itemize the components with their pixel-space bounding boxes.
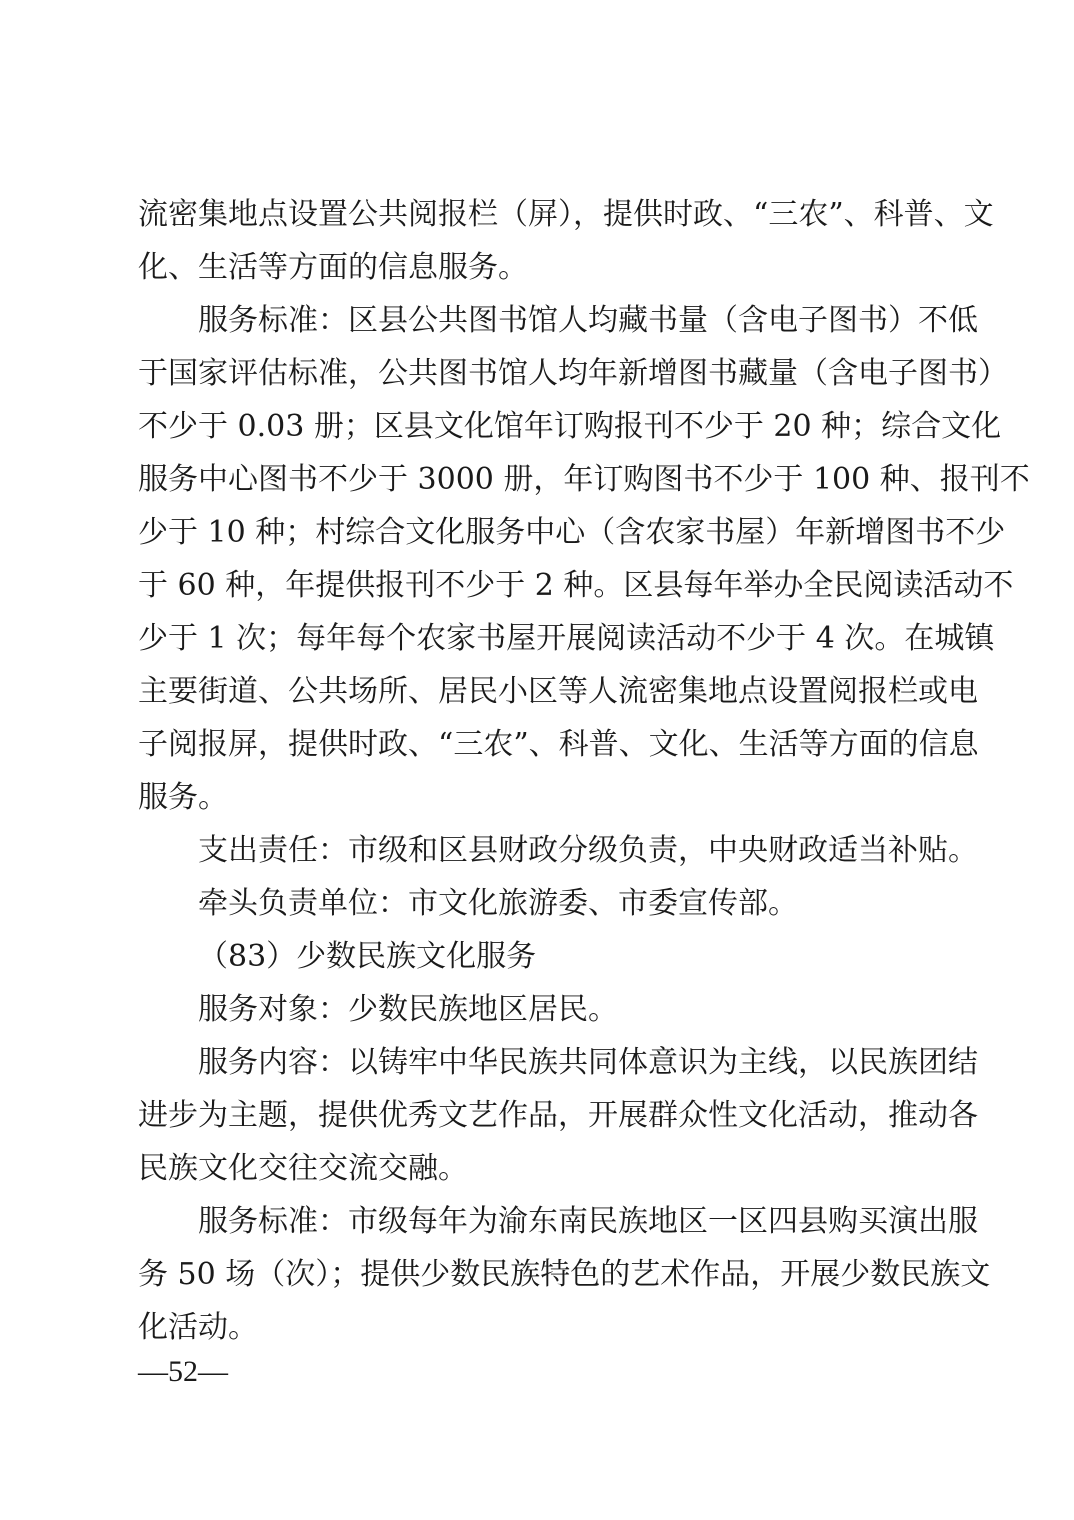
text-line: 牵头负责单位：市文化旅游委、市委宣传部。	[138, 877, 942, 930]
paragraph-service-standard-ethnic: 服务标准：市级每年为渝东南民族地区一区四县购买演出服 务 50 场（次）；提供少…	[138, 1195, 942, 1354]
paragraph-lead-unit: 牵头负责单位：市文化旅游委、市委宣传部。	[138, 877, 942, 930]
paragraph-expenditure-responsibility: 支出责任：市级和区县财政分级负责，中央财政适当补贴。	[138, 824, 942, 877]
text-line: 服务标准：区县公共图书馆人均藏书量（含电子图书）不低	[138, 294, 942, 347]
text-line: 服务中心图书不少于 3000 册，年订购图书不少于 100 种、报刊不	[138, 453, 942, 506]
text-line: 化、生活等方面的信息服务。	[138, 241, 942, 294]
text-line: 流密集地点设置公共阅报栏（屏），提供时政、“三农”、科普、文	[138, 188, 942, 241]
text-line: 服务对象：少数民族地区居民。	[138, 983, 942, 1036]
text-line: 不少于 0.03 册；区县文化馆年订购报刊不少于 20 种；综合文化	[138, 400, 942, 453]
text-line: 于国家评估标准，公共图书馆人均年新增图书藏量（含电子图书）	[138, 347, 942, 400]
text-line: 进步为主题，提供优秀文艺作品，开展群众性文化活动，推动各	[138, 1089, 942, 1142]
text-line: 民族文化交往交流交融。	[138, 1142, 942, 1195]
text-line: 务 50 场（次）；提供少数民族特色的艺术作品，开展少数民族文	[138, 1248, 942, 1301]
paragraph-service-standard-library: 服务标准：区县公共图书馆人均藏书量（含电子图书）不低 于国家评估标准，公共图书馆…	[138, 294, 942, 824]
section-title: （83）少数民族文化服务	[138, 930, 942, 983]
text-line: 化活动。	[138, 1301, 942, 1354]
text-line: 少于 1 次；每年每个农家书屋开展阅读活动不少于 4 次。在城镇	[138, 612, 942, 665]
text-line: 服务。	[138, 771, 942, 824]
text-line: 主要街道、公共场所、居民小区等人流密集地点设置阅报栏或电	[138, 665, 942, 718]
section-heading-83: （83）少数民族文化服务	[138, 930, 942, 983]
page-number: —52—	[138, 1355, 228, 1389]
text-line: 子阅报屏，提供时政、“三农”、科普、文化、生活等方面的信息	[138, 718, 942, 771]
text-line: 支出责任：市级和区县财政分级负责，中央财政适当补贴。	[138, 824, 942, 877]
paragraph-service-target: 服务对象：少数民族地区居民。	[138, 983, 942, 1036]
paragraph-info-service-continued: 流密集地点设置公共阅报栏（屏），提供时政、“三农”、科普、文 化、生活等方面的信…	[138, 188, 942, 294]
text-line: 于 60 种，年提供报刊不少于 2 种。区县每年举办全民阅读活动不	[138, 559, 942, 612]
document-body: 流密集地点设置公共阅报栏（屏），提供时政、“三农”、科普、文 化、生活等方面的信…	[138, 188, 942, 1354]
text-line: 服务标准：市级每年为渝东南民族地区一区四县购买演出服	[138, 1195, 942, 1248]
paragraph-service-content: 服务内容：以铸牢中华民族共同体意识为主线，以民族团结 进步为主题，提供优秀文艺作…	[138, 1036, 942, 1195]
text-line: 服务内容：以铸牢中华民族共同体意识为主线，以民族团结	[138, 1036, 942, 1089]
text-line: 少于 10 种；村综合文化服务中心（含农家书屋）年新增图书不少	[138, 506, 942, 559]
